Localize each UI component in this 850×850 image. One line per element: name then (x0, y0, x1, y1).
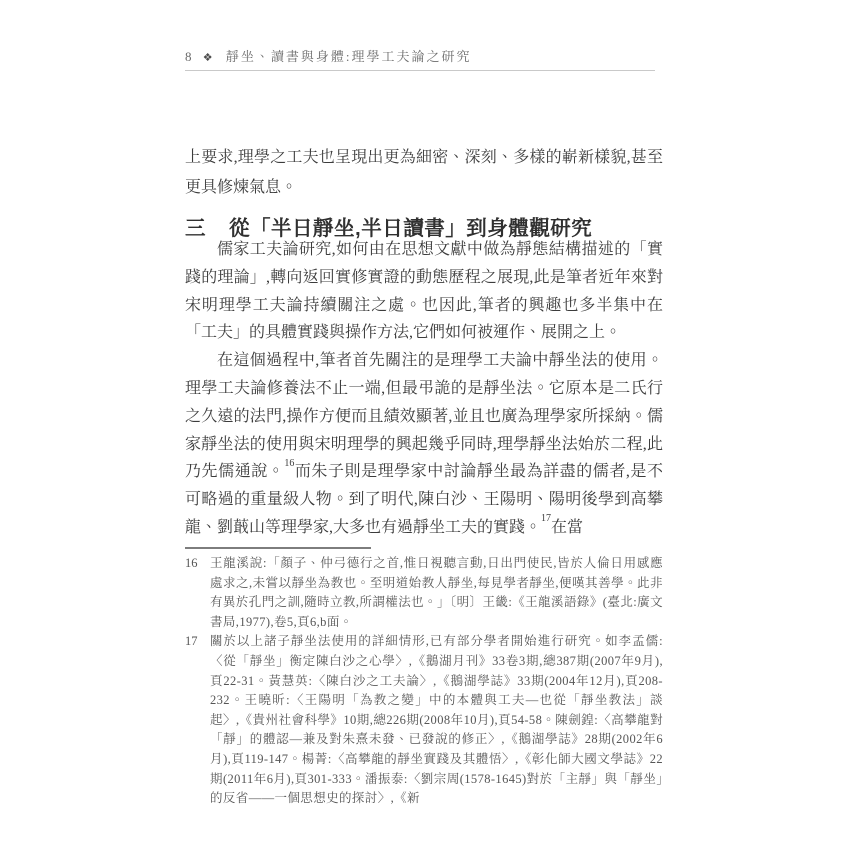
footnote-number: 16 (185, 554, 198, 574)
paragraph-intro: 上要求,理學之工夫也呈現出更為細密、深刻、多樣的嶄新樣貌,甚至更具修煉氣息。 (185, 143, 663, 203)
running-header: 8 ❖ 靜坐、讀書與身體:理學工夫論之研究 (185, 46, 665, 65)
footnote-number: 17 (185, 632, 198, 652)
footnote-separator (185, 547, 371, 549)
footnote-ref-17: 17 (541, 513, 551, 524)
header-rule (185, 70, 655, 71)
footnote-text: 關於以上諸子靜坐法使用的詳細情形,已有部分學者開始進行研究。如李孟儒:〈從「靜坐… (210, 634, 663, 805)
paragraph-2: 儒家工夫論研究,如何由在思想文獻中做為靜態結構描述的「實踐的理論」,轉向返回實修… (185, 236, 663, 347)
footnotes: 16 王龍溪說:「顏子、仲弓德行之首,惟日視聽言動,日出門使民,皆於人倫日用感應… (185, 554, 663, 809)
diamond-icon: ❖ (203, 52, 215, 64)
paragraph-3: 在這個過程中,筆者首先關注的是理學工夫論中靜坐法的使用。理學工夫論修養法不止一端… (185, 347, 663, 542)
paragraph-3-text: 在當 (551, 519, 583, 536)
paragraph-3-text: 在這個過程中,筆者首先關注的是理學工夫論中靜坐法的使用。理學工夫論修養法不止一端… (185, 352, 663, 480)
footnote-16: 16 王龍溪說:「顏子、仲弓德行之首,惟日視聽言動,日出門使民,皆於人倫日用感應… (185, 554, 663, 632)
footnote-17: 17 關於以上諸子靜坐法使用的詳細情形,已有部分學者開始進行研究。如李孟儒:〈從… (185, 632, 663, 808)
book-page: 8 ❖ 靜坐、讀書與身體:理學工夫論之研究 上要求,理學之工夫也呈現出更為細密、… (0, 0, 850, 850)
footnote-ref-16: 16 (284, 458, 294, 469)
page-number: 8 (185, 49, 194, 64)
footnote-text: 王龍溪說:「顏子、仲弓德行之首,惟日視聽言動,日出門使民,皆於人倫日用感應處求之… (210, 556, 663, 629)
running-title: 靜坐、讀書與身體:理學工夫論之研究 (226, 49, 472, 64)
body-text: 儒家工夫論研究,如何由在思想文獻中做為靜態結構描述的「實踐的理論」,轉向返回實修… (185, 236, 663, 542)
